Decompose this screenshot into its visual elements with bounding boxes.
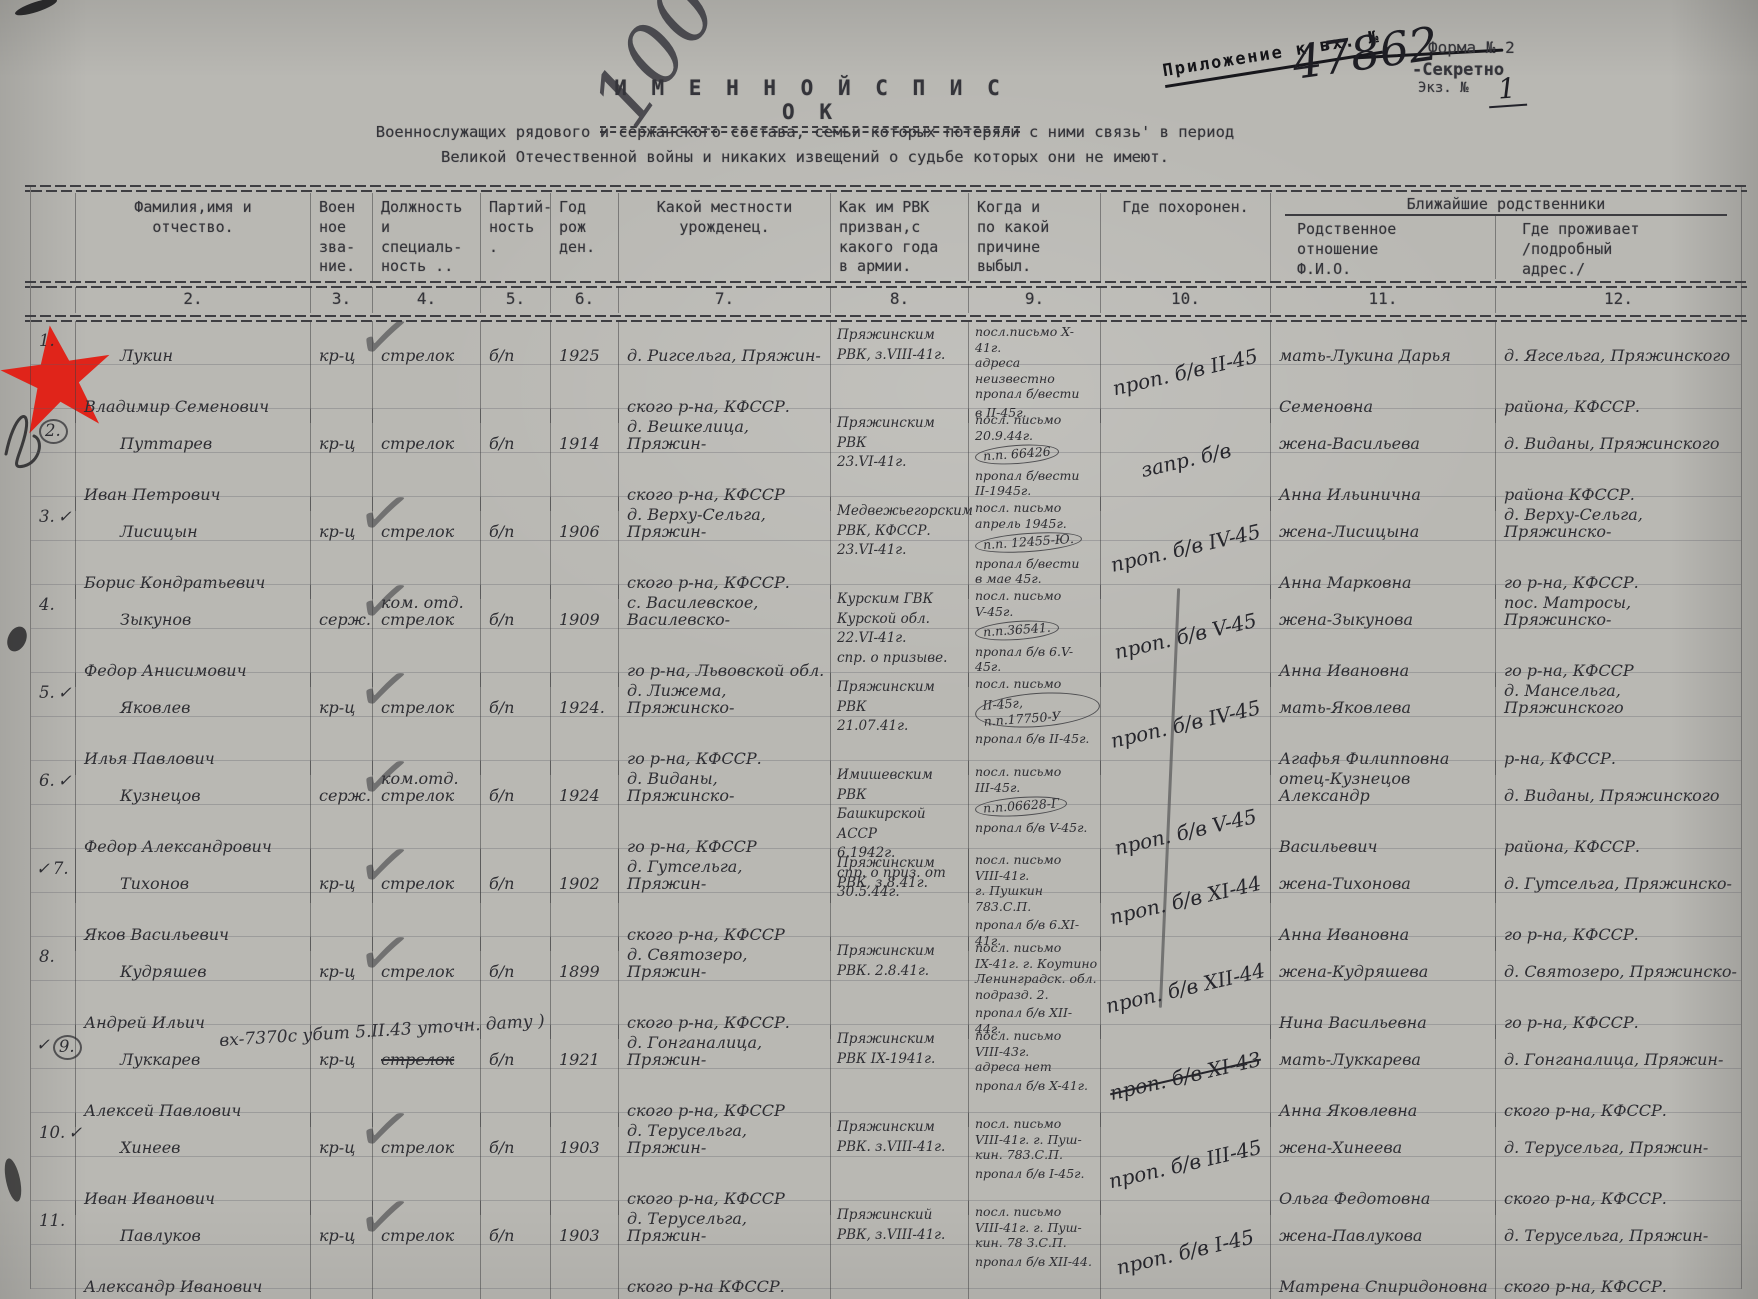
row-number: 3. (39, 507, 55, 526)
subtitle-line2: Великой Отечественной войны и никаких из… (340, 145, 1270, 170)
row-check-post: ✓ (58, 683, 72, 702)
relative-line1: жена-Тихонова (1271, 849, 1495, 900)
drafted-by: Пряжинским РВК 21.07.41г. (831, 673, 968, 737)
corner-smudge (14, 0, 59, 19)
birthplace-line1: д. Гутсельга, Пряжин- (619, 849, 830, 900)
drafted-by: Пряжинским РВК IX-1941г. (831, 1025, 968, 1069)
position-value: стрелок (373, 497, 480, 548)
row-number: 11. (39, 1211, 65, 1230)
col-num-4: 4. (373, 287, 481, 313)
table-row: 10. ✓ Хинеев Иван Иванович кр-ц ✓ стрело… (31, 1113, 1741, 1201)
birthplace-line1: д. Ригсельга, Пряжин- (619, 321, 830, 372)
address-line1: д. Ягсельга, Пряжинского (1496, 321, 1741, 372)
surname: Яковлев (76, 673, 310, 724)
edge-smudge (3, 623, 30, 654)
row-number: 7. (53, 859, 69, 878)
birth-year: 1903 (551, 1201, 618, 1252)
fate-line2: пропал б/в XII-44. (969, 1251, 1100, 1270)
col-num-12: 12. (1496, 287, 1741, 313)
fate-line1: посл. письмо VIII-41г. г. Пушкин 783.С.П… (969, 849, 1100, 914)
birthplace-line1: д. Терусельга, Пряжин- (619, 1113, 830, 1164)
table-header-row: Фамилия,имя и отчество. Воен ное зва- ни… (31, 193, 1741, 281)
rank: кр-ц (311, 409, 372, 460)
birth-year: 1924. (551, 673, 618, 724)
row-number: 1. (39, 331, 55, 350)
relative-line1: жена-Васильева (1271, 409, 1495, 460)
row-number: 5. (39, 683, 55, 702)
table-row: 8. Кудряшев Андрей Ильич кр-ц ✓ стрелок … (31, 937, 1741, 1025)
relative-line1: мать-Яковлева (1271, 673, 1495, 724)
col-header-buried: Где похоронен. (1101, 193, 1271, 281)
col-header-position: Должность и специаль- ность .. (373, 193, 481, 281)
buried-note: проп. б/в V-45 (1112, 608, 1259, 664)
party-status: б/п (481, 1113, 550, 1164)
birth-year: 1921 (551, 1025, 618, 1076)
address-line2: ского р-на, КФССР. (1496, 1252, 1741, 1299)
relative-line1: жена-Хинеева (1271, 1113, 1495, 1164)
col-num-6: 6. (551, 287, 619, 313)
fate-line2: пропал б/в V-45г. (969, 817, 1100, 836)
surname: Лисицын (76, 497, 310, 548)
table-row: 11. Павлуков Александр Иванович кр-ц ✓ с… (31, 1201, 1741, 1289)
surname: Павлуков (76, 1201, 310, 1252)
drafted-by: Медвежьегорским РВК, КФССР. 23.VI-41г. (831, 497, 968, 561)
col-header-party: Партий- ность . (481, 193, 551, 281)
party-status: б/п (481, 321, 550, 372)
fate-line1: посл. письмо VIII-41г. г. Пуш- кин. 78 З… (969, 1201, 1100, 1251)
name-list-table: Фамилия,имя и отчество. Воен ное зва- ни… (30, 185, 1742, 1289)
col-num-9: 9. (969, 287, 1101, 313)
birthplace-line1: д. Терусельга, Пряжин- (619, 1201, 830, 1252)
drafted-by: Пряжинским РВК 23.VI-41г. (831, 409, 968, 473)
field-post-number: п.п.36541. (974, 618, 1059, 642)
subtitle-line1: Военнослужащих рядового и сержанского со… (340, 120, 1270, 145)
rank: серж. (311, 585, 372, 636)
col-num-10: 10. (1101, 287, 1271, 313)
column-numbers-row: 2. 3. 4. 5. 6. 7. 8. 9. 10. 11. 12. (31, 287, 1741, 313)
address-line1: д. Святозеро, Пряжинско- (1496, 937, 1741, 988)
row-number: 6. (39, 771, 55, 790)
col-header-number (31, 193, 76, 281)
table-border-top (25, 185, 1747, 192)
fate-line2: пропал б/в 6.V-45г. (969, 641, 1100, 675)
field-post-number: п.п. 12455-Ю. (974, 529, 1082, 555)
col-num-8: 8. (831, 287, 969, 313)
row-number: 10. (39, 1123, 65, 1142)
drafted-by: Пряжинским РВК. 2.8.41г. (831, 937, 968, 981)
fate-line1: посл. письмо VIII-41г. г. Пуш- кин. 783.… (969, 1113, 1100, 1163)
drafted-by: Пряжинским РВК, з.VIII-41г. (831, 321, 968, 365)
surname: Хинеев (76, 1113, 310, 1164)
row-number: 4. (39, 595, 55, 614)
birth-year: 1914 (551, 409, 618, 460)
col-num-3: 3. (311, 287, 373, 313)
fate-line1: посл. письмо 20.9.44г. (969, 409, 1100, 443)
table-body: 1. Лукин Владимир Семенович кр-ц ✓ стрел… (31, 321, 1741, 1289)
relative-line1: отец-Кузнецов Александр (1271, 761, 1495, 812)
relative-line1: жена-Кудряшева (1271, 937, 1495, 988)
row-check-pre: ✓ (36, 859, 50, 878)
buried-note: запр. б/в (1138, 438, 1233, 482)
party-status: б/п (481, 497, 550, 548)
field-post-number: п.п. 66426 (974, 442, 1059, 466)
birthplace-line1: д. Виданы, Пряжинско- (619, 761, 830, 812)
surname: Лукин (76, 321, 310, 372)
col-header-rank: Воен ное зва- ние. (311, 193, 373, 281)
col-header-birth-year: Год рож ден. (551, 193, 619, 281)
field-post-number: п.п.06628-Г (974, 794, 1067, 819)
birth-year: 1899 (551, 937, 618, 988)
row-number: 2. (39, 419, 68, 444)
edge-smudge-lower (2, 1157, 25, 1203)
surname: Кузнецов (76, 761, 310, 812)
birthplace-line1: д. Вешкелица, Пряжин- (619, 409, 830, 460)
table-row: 5. ✓ Яковлев Илья Павлович кр-ц ✓ стрело… (31, 673, 1741, 761)
rank: кр-ц (311, 673, 372, 724)
col-num-7: 7. (619, 287, 831, 313)
drafted-by: Пряжинским РВК. з.VIII-41г. (831, 1113, 968, 1157)
buried-note: проп. б/в III-45 (1107, 1135, 1265, 1194)
surname: Кудряшев (76, 937, 310, 988)
birth-year: 1924 (551, 761, 618, 812)
col-header-relatives-group: Ближайшие родственники Родственное отнош… (1271, 193, 1741, 281)
birthplace-line1: д. Верху-Сельга, Пряжин- (619, 497, 830, 548)
table-row: 6. ✓ Кузнецов Федор Александрович серж. … (31, 761, 1741, 849)
relative-line1: жена-Павлукова (1271, 1201, 1495, 1252)
buried-note: проп. б/в IV-45 (1108, 519, 1262, 577)
fate-line1: посл. письмо III-45г. (969, 761, 1100, 795)
col-header-address: Где проживает /подробный адрес./ (1496, 216, 1741, 279)
fate-line1: посл. письмо апрель 1945г. (969, 497, 1100, 531)
row-check-post: ✓ (58, 507, 72, 526)
field-post-number: II-45г, п.п.17750-У (974, 688, 1101, 731)
surname: Путтарев (76, 409, 310, 460)
copy-label: Экз. № (1418, 80, 1469, 96)
table-row: 4. Зыкунов Федор Анисимович серж. ✓ ком.… (31, 585, 1741, 673)
fate-line2: пропал б/вести в мае 45г. (969, 553, 1100, 587)
buried-note: проп. б/в XII-44 (1104, 958, 1268, 1018)
birth-year: 1909 (551, 585, 618, 636)
position-value: ком.отд. стрелок (373, 761, 480, 812)
relative-line2: Матрена Спиридоновна (1271, 1252, 1495, 1299)
col-header-drafted: Как им РВК призван,с какого года в армии… (831, 193, 969, 281)
fate-line1: посл. письмо VIII-43г. адреса нет (969, 1025, 1100, 1075)
address-line1: д. Гутсельга, Пряжинско- (1496, 849, 1741, 900)
position-value: стрелок (373, 409, 480, 460)
col-header-relative: Родственное отношение Ф.И.О. (1271, 216, 1496, 279)
party-status: б/п (481, 937, 550, 988)
relative-line1: жена-Лисицына (1271, 497, 1495, 548)
table-row: 3. ✓ Лисицын Борис Кондратьевич кр-ц ✓ с… (31, 497, 1741, 585)
position-value: стрелок (373, 673, 480, 724)
birth-year: 1925 (551, 321, 618, 372)
position-value: стрелок (373, 1113, 480, 1164)
party-status: б/п (481, 585, 550, 636)
relative-line1: мать-Луккарева (1271, 1025, 1495, 1076)
buried-note: проп. б/в I-45 (1114, 1225, 1256, 1280)
buried-note: проп. б/в IV-45 (1108, 695, 1262, 753)
position-value: ком. отд. стрелок (373, 585, 480, 636)
position-value: стрелок (373, 849, 480, 900)
fate-line2: пропал б/в II-45г. (969, 728, 1100, 747)
col-num-11: 11. (1271, 287, 1496, 313)
address-line1: д. Гонганалица, Пряжин- (1496, 1025, 1741, 1076)
form-label: Форма № 2 (1428, 38, 1515, 57)
address-line1: д. Виданы, Пряжинского (1496, 409, 1741, 460)
birthplace-line1: д. Лижема, Пряжинско- (619, 673, 830, 724)
full-name: Александр Иванович (76, 1252, 310, 1299)
relative-line1: мать-Лукина Дарья (1271, 321, 1495, 372)
copy-number-handwritten: 1 (1487, 71, 1527, 109)
col-num-5: 5. (481, 287, 551, 313)
row-check-pre: ✓ (36, 1035, 50, 1054)
position-value: стрелок (373, 1201, 480, 1252)
surname: Зыкунов (76, 585, 310, 636)
address-line1: д. Терусельга, Пряжин- (1496, 1201, 1741, 1252)
document-subtitle: Военнослужащих рядового и сержанского со… (340, 120, 1270, 170)
address-line1: д. Терусельга, Пряжин- (1496, 1113, 1741, 1164)
birth-year: 1906 (551, 497, 618, 548)
rank: кр-ц (311, 937, 372, 988)
address-line1: пос. Матросы, Пряжинско- (1496, 585, 1741, 636)
party-status: б/п (481, 409, 550, 460)
address-line1: д. Виданы, Пряжинского (1496, 761, 1741, 812)
party-status: б/п (481, 673, 550, 724)
drafted-by: Пряжинским РВК, з.8.41г. (831, 849, 968, 893)
surname: Тихонов (76, 849, 310, 900)
col-header-fate: Когда и по какой причине выбыл. (969, 193, 1101, 281)
address-line1: д. Верху-Сельга, Пряжинско- (1496, 497, 1741, 548)
col-header-birthplace: Какой местности урожденец. (619, 193, 831, 281)
row-number: 8. (39, 947, 55, 966)
drafted-by: Курским ГВК Курской обл. 22.VI-41г. спр.… (831, 585, 968, 668)
birth-year: 1902 (551, 849, 618, 900)
fate-line1: посл.письмо X-41г. адреса неизвестно про… (969, 321, 1100, 402)
table-row: ✓ 9. Луккарев Алексей Павлович кр-ц стре… (31, 1025, 1741, 1113)
table-row: ✓ 7. Тихонов Яков Васильевич кр-ц ✓ стре… (31, 849, 1741, 937)
position-value: стрелок (373, 937, 480, 988)
rank: кр-ц (311, 321, 372, 372)
birth-year: 1903 (551, 1113, 618, 1164)
position-value: стрелок (373, 321, 480, 372)
party-status: б/п (481, 849, 550, 900)
fate-line2: пропал б/в I-45г. (969, 1163, 1100, 1182)
address-line1: д. Мансельга, Пряжинского (1496, 673, 1741, 724)
fate-line1: посл. письмо IX-41г. г. Коутино Ленингра… (969, 937, 1100, 1002)
buried-note: проп. б/в XI-44 (1107, 871, 1263, 929)
fate-line1: посл. письмо V-45г. (969, 585, 1100, 619)
party-status: б/п (481, 761, 550, 812)
rank: кр-ц (311, 1113, 372, 1164)
table-row: 1. Лукин Владимир Семенович кр-ц ✓ стрел… (31, 321, 1741, 409)
buried-note: проп. б/в XI-43 (1107, 1047, 1263, 1105)
col-num-2: 2. (76, 287, 311, 313)
rank: серж. (311, 761, 372, 812)
rank: кр-ц (311, 849, 372, 900)
relative-line1: жена-Зыкунова (1271, 585, 1495, 636)
rank: кр-ц (311, 1201, 372, 1252)
relatives-group-title: Ближайшие родственники (1285, 195, 1727, 216)
fate-line1: посл. письмо (969, 673, 1100, 692)
fate-line2: пропал б/вести II-1945г. (969, 465, 1100, 499)
party-status: б/п (481, 1201, 550, 1252)
birthplace-line1: д. Святозеро, Пряжин- (619, 937, 830, 988)
birthplace-line2: ского р-на КФССР. (619, 1252, 830, 1299)
birthplace-line1: д. Гонганалица, Пряжин- (619, 1025, 830, 1076)
birthplace-line1: с. Василевское, Василевско- (619, 585, 830, 636)
rank: кр-ц (311, 497, 372, 548)
drafted-by: Пряжинский РВК, з.VIII-41г. (831, 1201, 968, 1245)
col-num-blank (31, 287, 76, 313)
fate-line2: пропал б/в X-41г. (969, 1075, 1100, 1094)
buried-note: проп. б/в II-45 (1111, 344, 1261, 401)
table-row: 2. Путтарев Иван Петрович кр-ц стрелок б… (31, 409, 1741, 497)
row-check-post: ✓ (58, 771, 72, 790)
col-header-surname: Фамилия,имя и отчество. (76, 193, 311, 281)
